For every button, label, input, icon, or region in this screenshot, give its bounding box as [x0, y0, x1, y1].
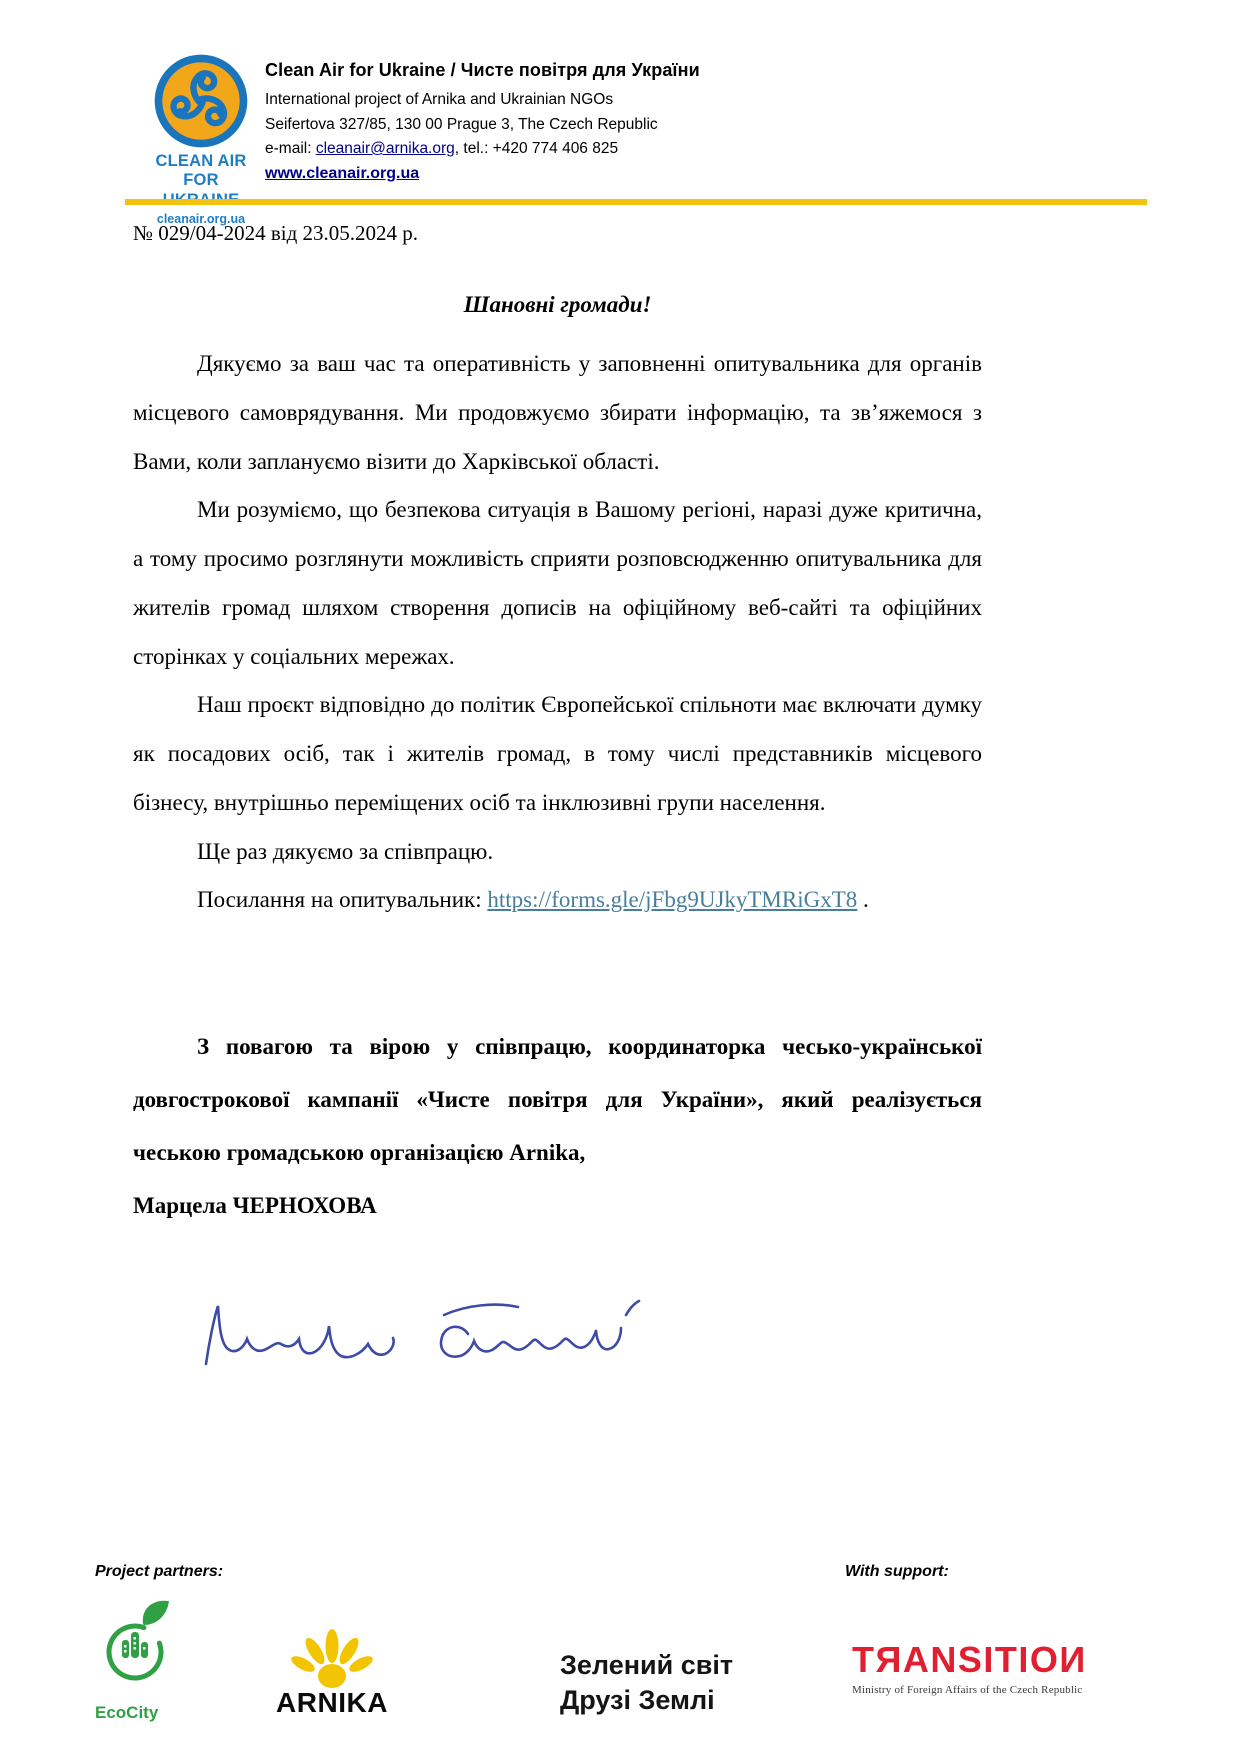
survey-link-line: Посилання на опитувальник: https://forms…	[133, 876, 982, 925]
zelenyi-svit-line2: Друзі Землі	[560, 1683, 733, 1718]
clean-air-triskelion-icon	[146, 50, 256, 152]
letterhead-contact-line: e-mail: cleanair@arnika.org, tel.: +420 …	[265, 137, 985, 162]
survey-link-label: Посилання на опитувальник:	[197, 887, 487, 912]
with-support-label: With support:	[845, 1563, 949, 1581]
ministry-label: Ministry of Foreign Affairs of the Czech…	[852, 1684, 1112, 1696]
transition-logo: TЯANSITIOИ Ministry of Foreign Affairs o…	[852, 1642, 1112, 1696]
letterhead-title: Clean Air for Ukraine / Чисте повітря дл…	[265, 60, 985, 81]
ecocity-logo: EcoCity	[95, 1596, 185, 1723]
transition-wordmark: TЯANSITIOИ	[852, 1642, 1112, 1678]
paragraph-4: Ще раз дякуємо за співпрацю.	[133, 828, 982, 877]
project-partners-label: Project partners:	[95, 1563, 223, 1581]
zelenyi-svit-logo: Зелений світ Друзі Землі	[560, 1648, 733, 1718]
ecocity-icon	[95, 1683, 175, 1700]
closing-paragraph: З повагою та вірою у співпрацю, координа…	[133, 1021, 982, 1180]
paragraph-3: Наш проєкт відповідно до політик Європей…	[133, 681, 982, 827]
salutation: Шановні громади!	[133, 292, 982, 318]
email-label: e-mail:	[265, 140, 316, 157]
signature-icon	[192, 1373, 642, 1390]
zelenyi-svit-line1: Зелений світ	[560, 1648, 733, 1683]
survey-form-link[interactable]: https://forms.gle/jFbg9UJkyTMRiGxT8	[487, 887, 857, 912]
ecocity-label: EcoCity	[95, 1703, 185, 1723]
phone-text: , tel.: +420 774 406 825	[455, 140, 618, 157]
reference-number: № 029/04-2024 від 23.05.2024 р.	[133, 221, 418, 246]
letterhead-address: Seifertova 327/85, 130 00 Prague 3, The …	[265, 113, 985, 138]
closing-block: З повагою та вірою у співпрацю, координа…	[133, 1021, 982, 1233]
paragraph-1: Дякуємо за ваш час та оперативність у за…	[133, 340, 982, 486]
paragraph-2: Ми розуміємо, що безпекова ситуація в Ва…	[133, 486, 982, 681]
letterhead: Clean Air for Ukraine / Чисте повітря дл…	[265, 60, 985, 183]
survey-link-suffix: .	[857, 887, 869, 912]
arnika-logo: ARNIKA	[272, 1618, 392, 1719]
arnika-label: ARNIKA	[272, 1687, 392, 1719]
handwritten-signature	[192, 1298, 642, 1391]
website-link[interactable]: www.cleanair.org.ua	[265, 165, 419, 183]
yellow-divider-rule	[125, 199, 1147, 205]
letter-body: Шановні громади! Дякуємо за ваш час та о…	[133, 292, 982, 1233]
letterhead-subtitle: International project of Arnika and Ukra…	[265, 88, 985, 113]
email-link[interactable]: cleanair@arnika.org	[316, 140, 455, 157]
logo-wordmark-line1: CLEAN AIR	[146, 152, 256, 171]
signer-name: Марцела ЧЕРНОХОВА	[133, 1180, 982, 1233]
